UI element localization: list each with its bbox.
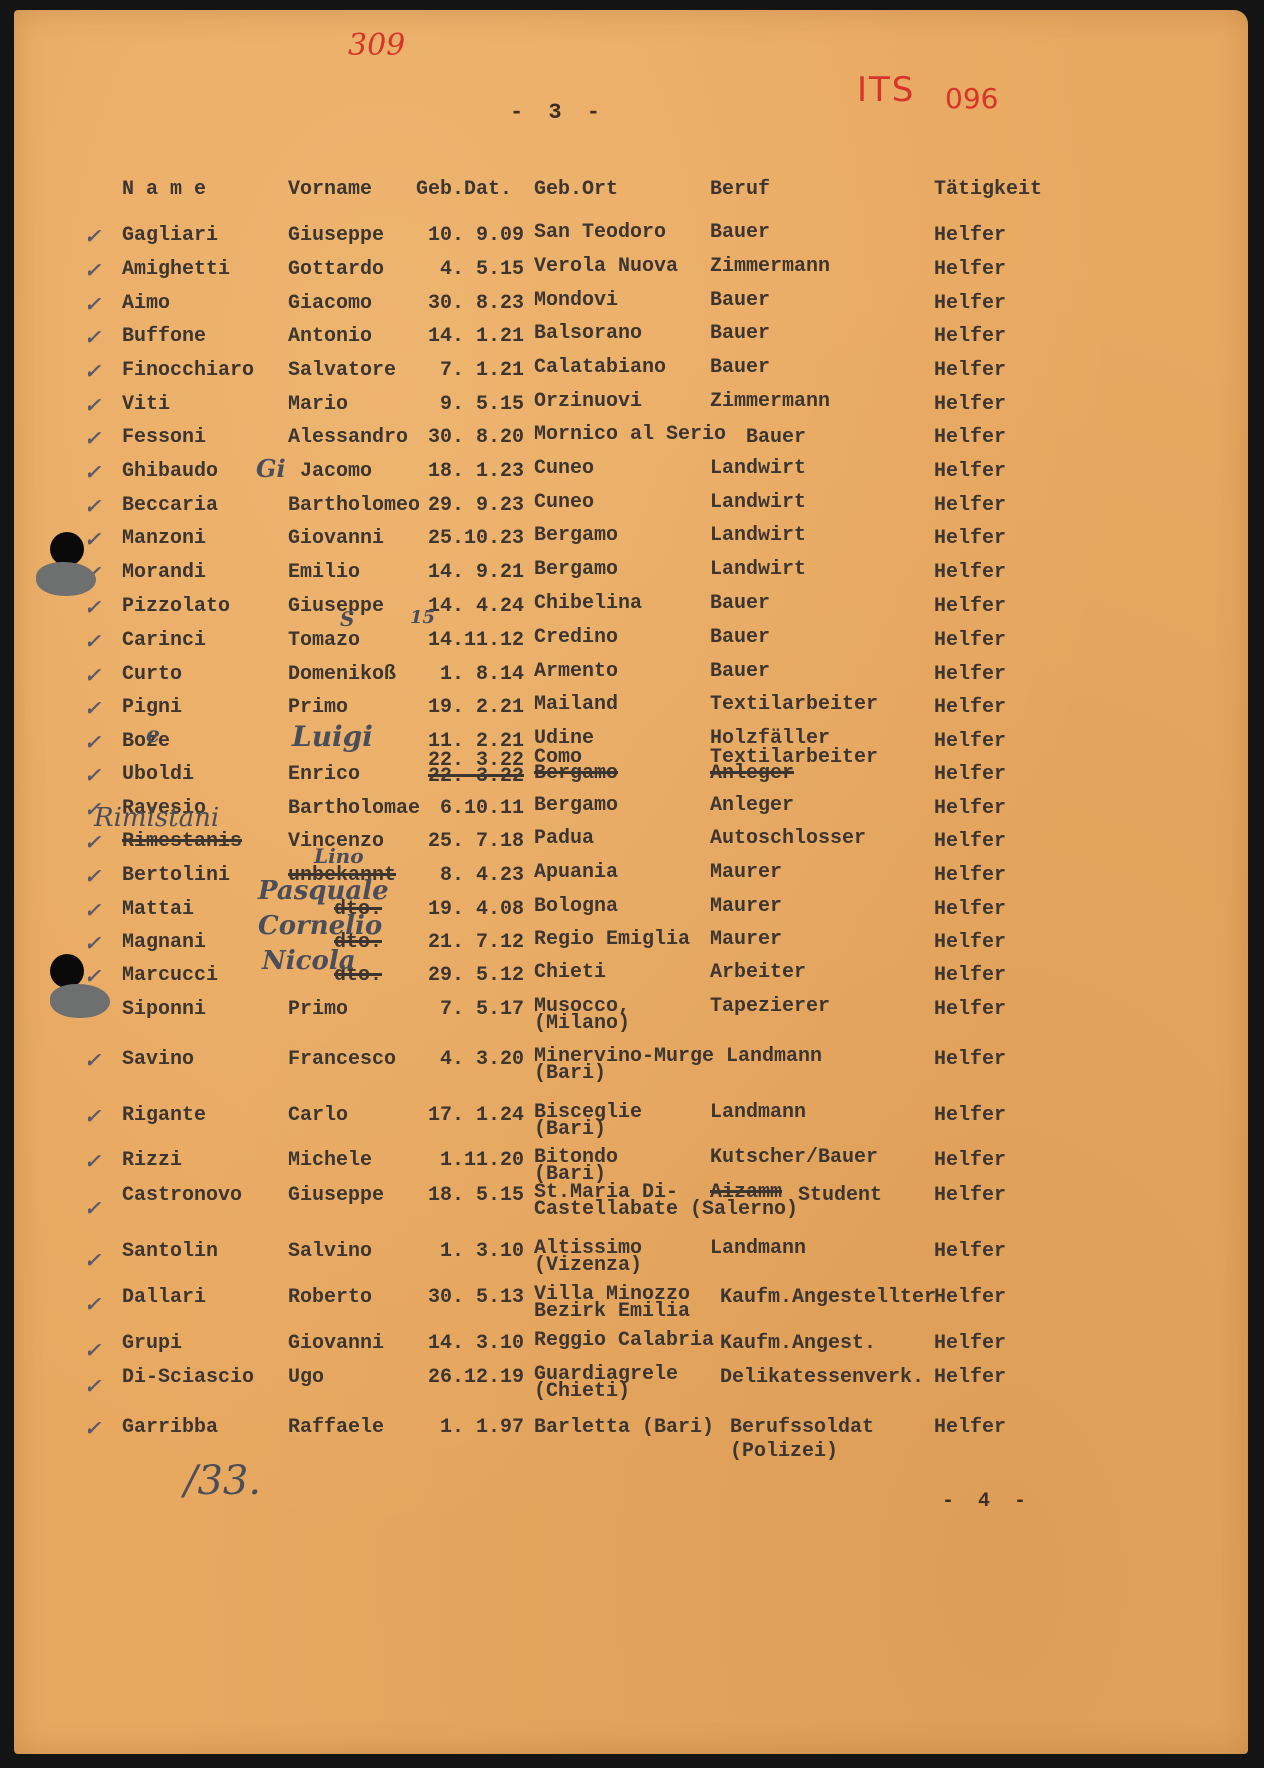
cell-vorname: Primo [288,696,348,719]
cell-taetigkeit: Helfer [934,1048,1006,1071]
handwritten-vorname: Lino [314,844,364,868]
cell-geb-dat: 9. 5.15 [404,393,524,416]
cell-geb-ort: Apuania [534,864,618,881]
cell-geb-dat: 29. 5.12 [404,964,524,987]
check-mark-icon: ✓ [84,931,101,955]
cell-beruf: Landwirt [710,527,806,544]
check-mark-icon: ✓ [84,292,101,316]
cell-geb-ort: Credino [534,629,618,646]
cell-name: Di-Sciascio [122,1366,254,1389]
cell-geb-dat: 19. 4.08 [404,898,524,921]
document-page: 309 ITS 096 - 3 - N a m e Vorname Geb.Da… [14,10,1248,1754]
cell-beruf: Anleger [710,797,794,814]
cell-name: Savino [122,1048,194,1071]
header-beruf: Beruf [710,178,770,201]
struck-geb-dat: 22. 3.22 [404,765,524,788]
cell-beruf: Bauer [710,292,770,309]
cell-geb-ort: Musocco,(Milano) [534,998,630,1032]
cell-geb-ort: Bergamo [534,561,618,578]
cell-geb-dat: 14. 9.21 [404,561,524,584]
cell-name: Mattai [122,898,194,921]
struck-beruf: Aizamm [710,1184,782,1201]
cell-geb-dat: 1. 1.97 [404,1416,524,1439]
cell-geb-dat: 6.10.11 [404,797,524,820]
check-mark-icon: ✓ [84,898,101,922]
cell-beruf: Bauer [710,595,770,612]
cell-taetigkeit: Helfer [934,359,1006,382]
cell-taetigkeit: Helfer [934,998,1006,1021]
header-geb-dat: Geb.Dat. [416,178,512,201]
check-mark-icon: ✓ [84,663,101,687]
cell-geb-ort: Calatabiano [534,359,666,376]
cell-geb-ort: Bisceglie(Bari) [534,1104,642,1138]
cell-vorname: Bartholomae [288,797,420,820]
check-mark-icon: ✓ [84,1048,101,1072]
beruf-line1: Berufssoldat [730,1416,874,1439]
cell-name: Grupi [122,1332,182,1355]
cell-geb-dat: 1. 3.10 [404,1240,524,1263]
ink-blot [50,984,110,1018]
check-mark-icon: ✓ [84,595,101,619]
its-stamp-number: 096 [945,82,998,115]
cell-geb-dat: 1.11.20 [404,1149,524,1172]
cell-beruf: Bauer [710,325,770,342]
cell-geb-ort: Mondovi [534,292,618,309]
cell-beruf: Bauer [710,663,770,680]
geb-ort-line2: (Vizenza) [534,1257,642,1274]
cell-taetigkeit: Helfer [934,494,1006,517]
header-name: N a m e [122,178,206,201]
cell-taetigkeit: Helfer [934,258,1006,281]
cell-vorname: Michele [288,1149,372,1172]
check-mark-icon: ✓ [84,1416,101,1440]
handwritten-correction: e [146,722,160,748]
cell-name: Uboldi [122,763,194,786]
cell-geb-ort: Chibelina [534,595,642,612]
cell-geb-dat: 26.12.19 [404,1366,524,1389]
cell-geb-dat: 25.10.23 [404,527,524,550]
its-stamp-prefix: ITS [857,70,915,110]
beruf-line2: (Polizei) [730,1440,874,1464]
cell-beruf: Kutscher/Bauer [710,1149,878,1166]
cell-geb-dat: 7. 5.17 [404,998,524,1021]
cell-geb-ort: Mornico al Serio [534,426,726,443]
header-taetigkeit: Tätigkeit [934,178,1042,201]
cell-vorname: Antonio [288,325,372,348]
check-mark-icon: ✓ [84,864,101,888]
cell-beruf: Student [798,1184,882,1207]
cell-geb-dat: 10. 9.09 [404,224,524,247]
cell-name: Viti [122,393,170,416]
cell-geb-ort: San Teodoro [534,224,666,241]
cell-geb-dat: 1. 8.14 [404,663,524,686]
cell-geb-ort: Armento [534,663,618,680]
cell-name: Aimo [122,292,170,315]
cell-name: Marcucci [122,964,218,987]
cell-geb-ort: Mailand [534,696,618,713]
ink-blot [36,562,96,596]
cell-geb-dat: 14.11.12 [404,629,524,652]
cell-name: Garribba [122,1416,218,1439]
cell-name: Pigni [122,696,182,719]
cell-beruf: Tapezierer [710,998,830,1015]
cell-beruf: Maurer [710,898,782,915]
handwritten-vorname: Luigi [292,720,373,753]
cell-taetigkeit: Helfer [934,629,1006,652]
cell-taetigkeit: Helfer [934,292,1006,315]
check-mark-icon: ✓ [84,1338,101,1362]
cell-geb-dat: 30. 5.13 [404,1286,524,1309]
cell-beruf: Landwirt [710,494,806,511]
cell-taetigkeit: Helfer [934,1416,1006,1439]
cell-beruf: Bauer [746,426,806,449]
cell-taetigkeit: Helfer [934,595,1006,618]
page-marker-bottom: - 4 - [942,1490,1032,1513]
cell-name: Dallari [122,1286,206,1309]
geb-ort-line2: (Milano) [534,1015,630,1032]
cell-name: Buffone [122,325,206,348]
cell-taetigkeit: Helfer [934,663,1006,686]
cell-taetigkeit: Helfer [934,730,1006,753]
struck-geb-ort: Bergamo [534,765,618,782]
cell-geb-dat: 21. 7.12 [404,931,524,954]
cell-vorname: Giuseppe [288,1184,384,1207]
cell-geb-ort: Altissimo(Vizenza) [534,1240,642,1274]
cell-geb-dat: 17. 1.24 [404,1104,524,1127]
cell-vorname: Emilio [288,561,360,584]
check-mark-icon: ✓ [84,494,101,518]
cell-geb-ort: Bergamo [534,527,618,544]
archive-number: 309 [348,28,405,63]
struck-beruf: Anleger [710,765,794,782]
cell-taetigkeit: Helfer [934,1286,1006,1309]
cell-name: Magnani [122,931,206,954]
cell-vorname: Gottardo [288,258,384,281]
cell-beruf: Landmann [710,1104,806,1121]
cell-taetigkeit: Helfer [934,931,1006,954]
cell-geb-ort: Udine [534,730,594,747]
cell-geb-ort: Chieti [534,964,606,981]
cell-geb-dat: 8. 4.23 [404,864,524,887]
cell-name: Rizzi [122,1149,182,1172]
check-mark-icon: ✓ [84,1104,101,1128]
check-mark-icon: ✓ [84,258,101,282]
cell-geb-dat: 14. 3.10 [404,1332,524,1355]
cell-taetigkeit: Helfer [934,1104,1006,1127]
cell-name: Fessoni [122,426,206,449]
cell-name: Pizzolato [122,595,230,618]
check-mark-icon: ✓ [84,629,101,653]
cell-geb-dat: 14. 1.21 [404,325,524,348]
cell-beruf: Maurer [710,864,782,881]
check-mark-icon: ✓ [84,730,101,754]
cell-beruf: Landmann [710,1240,806,1257]
cell-vorname: Francesco [288,1048,396,1071]
cell-beruf: Delikatessenverk. [720,1366,924,1389]
cell-taetigkeit: Helfer [934,325,1006,348]
cell-name: Beccaria [122,494,218,517]
cell-geb-dat: 25. 7.18 [404,830,524,853]
check-mark-icon: ✓ [84,460,101,484]
cell-geb-ort: Bergamo [534,797,618,814]
cell-name: Santolin [122,1240,218,1263]
cell-geb-dat: 19. 2.21 [404,696,524,719]
check-mark-icon: ✓ [84,359,101,383]
cell-name: Castronovo [122,1184,242,1207]
geb-ort-line2: Bezirk Emilia [534,1303,690,1320]
cell-vorname: Raffaele [288,1416,384,1439]
cell-beruf: Bauer [710,359,770,376]
cell-beruf: Landwirt [710,460,806,477]
cell-geb-ort: Bologna [534,898,618,915]
handwritten-name-correction: Rimistani [94,803,219,833]
cell-geb-ort: Cuneo [534,460,594,477]
handwritten-vorname: Nicola [262,946,356,976]
cell-geb-dat: 7. 1.21 [404,359,524,382]
cell-beruf: Berufssoldat(Polizei) [730,1416,874,1464]
check-mark-icon: ✓ [84,224,101,248]
cell-geb-ort: Orzinuovi [534,393,642,410]
check-mark-icon: ✓ [84,696,101,720]
cell-geb-dat: 18. 1.23 [404,460,524,483]
cell-name: Amighetti [122,258,230,281]
cell-beruf: Kaufm.Angest. [720,1332,876,1355]
handwritten-correction: S [340,607,354,631]
cell-vorname: Primo [288,998,348,1021]
cell-taetigkeit: Helfer [934,1184,1006,1207]
cell-geb-ort: Minervino-Murge Landmann(Bari) [534,1048,822,1082]
cell-beruf: Maurer [710,931,782,948]
cell-beruf: Bauer [710,629,770,646]
cell-geb-ort: Regio Emiglia [534,931,690,948]
cell-taetigkeit: Helfer [934,797,1006,820]
cell-taetigkeit: Helfer [934,426,1006,449]
cell-taetigkeit: Helfer [934,393,1006,416]
cell-name: Morandi [122,561,206,584]
page-marker-top: - 3 - [510,100,606,125]
handwritten-vorname: Pasquale [258,876,389,906]
cell-vorname: Carlo [288,1104,348,1127]
handwritten-correction: Gi [256,454,286,483]
check-mark-icon: ✓ [84,830,101,854]
check-mark-icon: ✓ [84,527,101,551]
cell-beruf: Landwirt [710,561,806,578]
check-mark-icon: ✓ [84,1196,101,1220]
cell-geb-ort: Bitondo(Bari) [534,1149,618,1183]
cell-name: Carinci [122,629,206,652]
check-mark-icon: ✓ [84,426,101,450]
cell-taetigkeit: Helfer [934,1240,1006,1263]
cell-beruf: Arbeiter [710,964,806,981]
cell-geb-ort: Balsorano [534,325,642,342]
cell-geb-dat: 18. 5.15 [404,1184,524,1207]
cell-name: Finocchiaro [122,359,254,382]
cell-taetigkeit: Helfer [934,898,1006,921]
cell-vorname: Bartholomeo [288,494,420,517]
cell-geb-dat: 29. 9.23 [404,494,524,517]
handwritten-correction: 15 [410,607,435,628]
cell-geb-ort: Villa MinozzoBezirk Emilia [534,1286,690,1320]
cell-geb-dat: 30. 8.23 [404,292,524,315]
cell-name: Ghibaudo [122,460,218,483]
cell-name: Siponni [122,998,206,1021]
cell-vorname: Giuseppe [288,224,384,247]
check-mark-icon: ✓ [84,1374,101,1398]
cell-geb-ort: Cuneo [534,494,594,511]
cell-beruf: Holzfäller [710,730,830,747]
cell-geb-ort: Reggio Calabria [534,1332,714,1349]
cell-geb-ort: Guardiagrele(Chieti) [534,1366,678,1400]
cell-name: Rigante [122,1104,206,1127]
cell-name: Rimestanis [122,830,242,853]
cell-geb-ort: Verola Nuova [534,258,678,275]
cell-vorname: Tomazo [288,629,360,652]
cell-vorname: Jacomo [300,460,372,483]
cell-vorname: Salvatore [288,359,396,382]
cell-vorname: Roberto [288,1286,372,1309]
header-vorname: Vorname [288,178,372,201]
cell-taetigkeit: Helfer [934,527,1006,550]
cell-taetigkeit: Helfer [934,1332,1006,1355]
check-mark-icon: ✓ [84,325,101,349]
cell-taetigkeit: Helfer [934,460,1006,483]
check-mark-icon: ✓ [84,1248,101,1272]
cell-taetigkeit: Helfer [934,763,1006,786]
cell-taetigkeit: Helfer [934,696,1006,719]
cell-vorname: Salvino [288,1240,372,1263]
cell-geb-ort: Barletta (Bari) [534,1416,714,1439]
cell-beruf: Textilarbeiter [710,696,878,713]
cell-vorname: Alessandro [288,426,408,449]
punch-hole [50,954,84,988]
cell-geb-dat: 30. 8.20 [404,426,524,449]
cell-vorname: Giuseppe [288,595,384,618]
cell-beruf: Kaufm.Angestellter [720,1286,936,1309]
cell-vorname: Ugo [288,1366,324,1389]
check-mark-icon: ✓ [84,763,101,787]
cell-geb-dat: 4. 3.20 [404,1048,524,1071]
cell-vorname: Domenikoß [288,663,396,686]
cell-taetigkeit: Helfer [934,864,1006,887]
cell-name: Curto [122,663,182,686]
cell-beruf: Zimmermann [710,258,830,275]
cell-beruf: Autoschlosser [710,830,866,847]
check-mark-icon: ✓ [84,1292,101,1316]
cell-name: Bertolini [122,864,230,887]
cell-geb-dat: 4. 5.15 [404,258,524,281]
cell-vorname: Giovanni [288,527,384,550]
handwritten-total: /33. [184,1458,261,1504]
handwritten-vorname: Cornelio [258,911,382,941]
header-geb-ort: Geb.Ort [534,178,618,201]
cell-beruf: Bauer [710,224,770,241]
cell-name: Manzoni [122,527,206,550]
cell-taetigkeit: Helfer [934,964,1006,987]
cell-vorname: Enrico [288,763,360,786]
cell-vorname: Giovanni [288,1332,384,1355]
cell-taetigkeit: Helfer [934,830,1006,853]
check-mark-icon: ✓ [84,393,101,417]
cell-geb-ort: Padua [534,830,594,847]
cell-taetigkeit: Helfer [934,561,1006,584]
cell-beruf: Zimmermann [710,393,830,410]
cell-vorname: Mario [288,393,348,416]
cell-taetigkeit: Helfer [934,1366,1006,1389]
cell-vorname: Giacomo [288,292,372,315]
check-mark-icon: ✓ [84,1149,101,1173]
punch-hole [50,532,84,566]
cell-taetigkeit: Helfer [934,1149,1006,1172]
cell-taetigkeit: Helfer [934,224,1006,247]
cell-name: Gagliari [122,224,218,247]
